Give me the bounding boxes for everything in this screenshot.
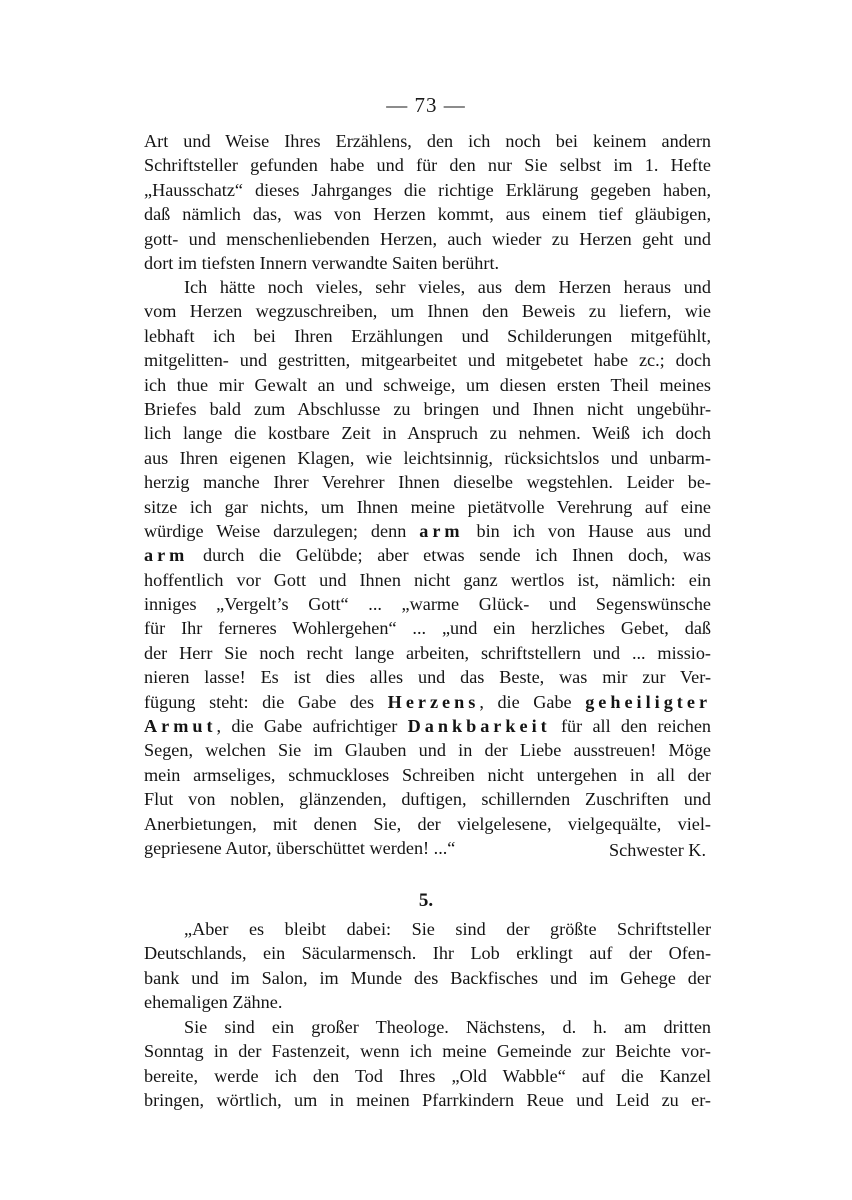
text-line: vom Herzen wegzuschreiben, um Ihnen den …	[144, 299, 711, 323]
text-line: Art und Weise Ihres Erzählens, den ich n…	[144, 129, 711, 153]
text-line: sitze ich gar nichts, um Ihnen meine pie…	[144, 495, 711, 519]
emphasis-spaced: geheiligter	[585, 692, 711, 712]
paragraph-letter-body: Ich hätte noch vieles, sehr vieles, aus …	[144, 275, 711, 860]
text-line: inniges „Vergelt’s Gott“ ... „warme Glüc…	[144, 592, 711, 616]
text-line: Sie sind ein großer Theologe. Nächstens,…	[144, 1015, 711, 1039]
text-line: Ich hätte noch vieles, sehr vieles, aus …	[144, 275, 711, 299]
text-line: nieren lasse! Es ist dies alles und das …	[144, 665, 711, 689]
text-line: arm durch die Gelübde; aber etwas sende …	[144, 543, 711, 567]
text-line: Anerbietungen, mit denen Sie, der vielge…	[144, 812, 711, 836]
text-line: Sonntag in der Fastenzeit, wenn ich mein…	[144, 1039, 711, 1063]
emphasis-spaced: arm	[144, 545, 188, 565]
text-line: lich lange die kostbare Zeit in Anspruch…	[144, 421, 711, 445]
text-line: mitgelitten- und gestritten, mitgearbeit…	[144, 348, 711, 372]
text-line: würdige Weise darzulegen; denn arm bin i…	[144, 519, 711, 543]
paragraph-section-5-opening: „Aber es bleibt dabei: Sie sind der größ…	[144, 917, 711, 1015]
letter-signature: Schwester K.	[609, 840, 706, 861]
text-line: bereite, werde ich den Tod Ihres „Old Wa…	[144, 1064, 711, 1088]
text-line: aus Ihren eigenen Klagen, wie leichtsinn…	[144, 446, 711, 470]
text-line: „Aber es bleibt dabei: Sie sind der größ…	[144, 917, 711, 941]
paragraph-continuation: Art und Weise Ihres Erzählens, den ich n…	[144, 129, 711, 275]
text-segment: , die Gabe	[479, 692, 585, 712]
text-line: daß nämlich das, was von Herzen kommt, a…	[144, 202, 711, 226]
section-number: 5.	[0, 890, 852, 912]
text-line: fügung steht: die Gabe des Herzens, die …	[144, 690, 711, 714]
text-line: Segen, welchen Sie im Glauben und in der…	[144, 738, 711, 762]
emphasis-spaced: Armut	[144, 716, 217, 736]
text-segment: , die Gabe aufrichtiger	[217, 716, 408, 736]
book-page: — 73 — Art und Weise Ihres Erzählens, de…	[0, 0, 852, 1200]
text-line: lebhaft ich bei Ihren Erzählungen und Sc…	[144, 324, 711, 348]
text-line: Flut von noblen, glänzenden, duftigen, s…	[144, 787, 711, 811]
text-line: Armut, die Gabe aufrichtiger Dankbarkeit…	[144, 714, 711, 738]
text-line: „Hausschatz“ dieses Jahrganges die richt…	[144, 178, 711, 202]
text-line: für Ihr ferneres Wohlergehen“ ... „und e…	[144, 616, 711, 640]
emphasis-spaced: arm	[419, 521, 463, 541]
paragraph-theologe: Sie sind ein großer Theologe. Nächstens,…	[144, 1015, 711, 1113]
text-line: hoffentlich vor Gott und Ihnen nicht gan…	[144, 568, 711, 592]
text-line: bringen, wörtlich, um in meinen Pfarrkin…	[144, 1088, 711, 1112]
page-number: — 73 —	[0, 93, 852, 118]
text-line: ehemaligen Zähne.	[144, 990, 711, 1014]
emphasis-spaced: Herzens	[388, 692, 480, 712]
text-line: Briefes bald zum Abschlusse zu bringen u…	[144, 397, 711, 421]
text-segment: fügung steht: die Gabe des	[144, 692, 388, 712]
text-line: herzig manche Ihrer Verehrer Ihnen diese…	[144, 470, 711, 494]
text-segment: bin ich von Hause aus und	[464, 521, 711, 541]
text-line: Schriftsteller gefunden habe und für den…	[144, 153, 711, 177]
text-line: Deutschlands, ein Säcularmensch. Ihr Lob…	[144, 941, 711, 965]
text-segment: für all den reichen	[551, 716, 711, 736]
emphasis-spaced: Dankbarkeit	[408, 716, 551, 736]
text-line: mein armseliges, schmuckloses Schreiben …	[144, 763, 711, 787]
text-line: gott- und menschenliebenden Herzen, auch…	[144, 227, 711, 251]
text-line: ich thue mir Gewalt an und schweige, um …	[144, 373, 711, 397]
text-line: bank und im Salon, im Munde des Backfisc…	[144, 966, 711, 990]
text-line: der Herr Sie noch recht lange arbeiten, …	[144, 641, 711, 665]
text-line: dort im tiefsten Innern verwandte Saiten…	[144, 251, 711, 275]
text-segment: würdige Weise darzulegen; denn	[144, 521, 419, 541]
text-segment: durch die Gelübde; aber etwas sende ich …	[188, 545, 711, 565]
